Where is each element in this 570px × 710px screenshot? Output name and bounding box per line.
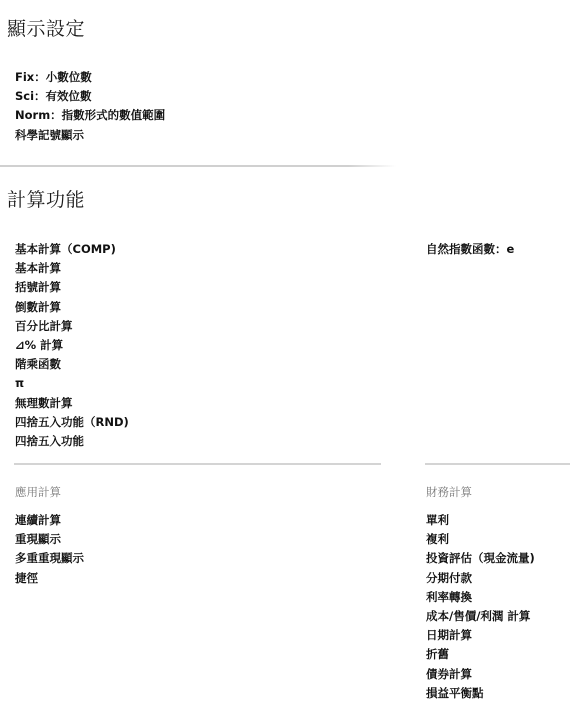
calc-item-percent[interactable]: 百分比計算 bbox=[15, 317, 129, 336]
display-settings-item-sci[interactable]: Sci：有效位數 bbox=[15, 87, 165, 106]
display-settings-title: 顯示設定 bbox=[7, 14, 85, 41]
applied-item-replay[interactable]: 重現顯示 bbox=[15, 530, 84, 549]
financial-item-simple-interest[interactable]: 單利 bbox=[426, 511, 535, 530]
calc-item-pi[interactable]: π bbox=[15, 374, 129, 393]
calc-item-basic[interactable]: 基本計算 bbox=[15, 259, 129, 278]
calc-item-irrational[interactable]: 無理數計算 bbox=[15, 394, 129, 413]
calc-item-rounding[interactable]: 四捨五入功能 bbox=[15, 432, 129, 451]
calc-functions-left-list: 基本計算（COMP) 基本計算 括號計算 倒數計算 百分比計算 ⊿% 計算 階乘… bbox=[15, 240, 129, 451]
calc-item-natural-exponential[interactable]: 自然指數函數：e bbox=[426, 240, 514, 259]
financial-item-cost-sell-margin[interactable]: 成本/售價/利潤 計算 bbox=[426, 607, 535, 626]
financial-item-bond[interactable]: 債券計算 bbox=[426, 665, 535, 684]
calc-item-reciprocal[interactable]: 倒數計算 bbox=[15, 298, 129, 317]
display-settings-item-norm[interactable]: Norm：指數形式的數值範圍 bbox=[15, 106, 165, 125]
section-divider bbox=[0, 165, 396, 167]
financial-item-amortization[interactable]: 分期付款 bbox=[426, 569, 535, 588]
financial-item-break-even[interactable]: 損益平衡點 bbox=[426, 684, 535, 703]
calc-item-parentheses[interactable]: 括號計算 bbox=[15, 278, 129, 297]
applied-calc-title: 應用計算 bbox=[15, 484, 61, 500]
financial-item-day-calc[interactable]: 日期計算 bbox=[426, 626, 535, 645]
calc-item-delta-percent[interactable]: ⊿% 計算 bbox=[15, 336, 129, 355]
applied-item-chain[interactable]: 連續計算 bbox=[15, 511, 84, 530]
financial-item-compound-interest[interactable]: 複利 bbox=[426, 530, 535, 549]
financial-calc-list: 單利 複利 投資評估（現金流量) 分期付款 利率轉換 成本/售價/利潤 計算 日… bbox=[426, 511, 535, 703]
financial-calc-title: 財務計算 bbox=[426, 484, 472, 500]
display-settings-item-fix[interactable]: Fix：小數位數 bbox=[15, 68, 165, 87]
calc-functions-title: 計算功能 bbox=[7, 185, 85, 212]
display-settings-item-sci-notation[interactable]: 科學記號顯示 bbox=[15, 126, 165, 145]
applied-item-multi-replay[interactable]: 多重重現顯示 bbox=[15, 549, 84, 568]
display-settings-list: Fix：小數位數 Sci：有效位數 Norm：指數形式的數值範圍 科學記號顯示 bbox=[15, 68, 165, 145]
financial-item-interest-conversion[interactable]: 利率轉換 bbox=[426, 588, 535, 607]
financial-item-cash-flow[interactable]: 投資評估（現金流量) bbox=[426, 549, 535, 568]
calc-item-comp[interactable]: 基本計算（COMP) bbox=[15, 240, 129, 259]
applied-item-shortcut[interactable]: 捷徑 bbox=[15, 569, 84, 588]
applied-calc-list: 連續計算 重現顯示 多重重現顯示 捷徑 bbox=[15, 511, 84, 588]
calc-functions-right-list: 自然指數函數：e bbox=[426, 240, 514, 259]
financial-calc-divider bbox=[425, 463, 570, 465]
calc-item-rnd[interactable]: 四捨五入功能（RND) bbox=[15, 413, 129, 432]
applied-calc-divider bbox=[14, 463, 381, 465]
financial-item-depreciation[interactable]: 折舊 bbox=[426, 645, 535, 664]
calc-item-factorial[interactable]: 階乘函數 bbox=[15, 355, 129, 374]
